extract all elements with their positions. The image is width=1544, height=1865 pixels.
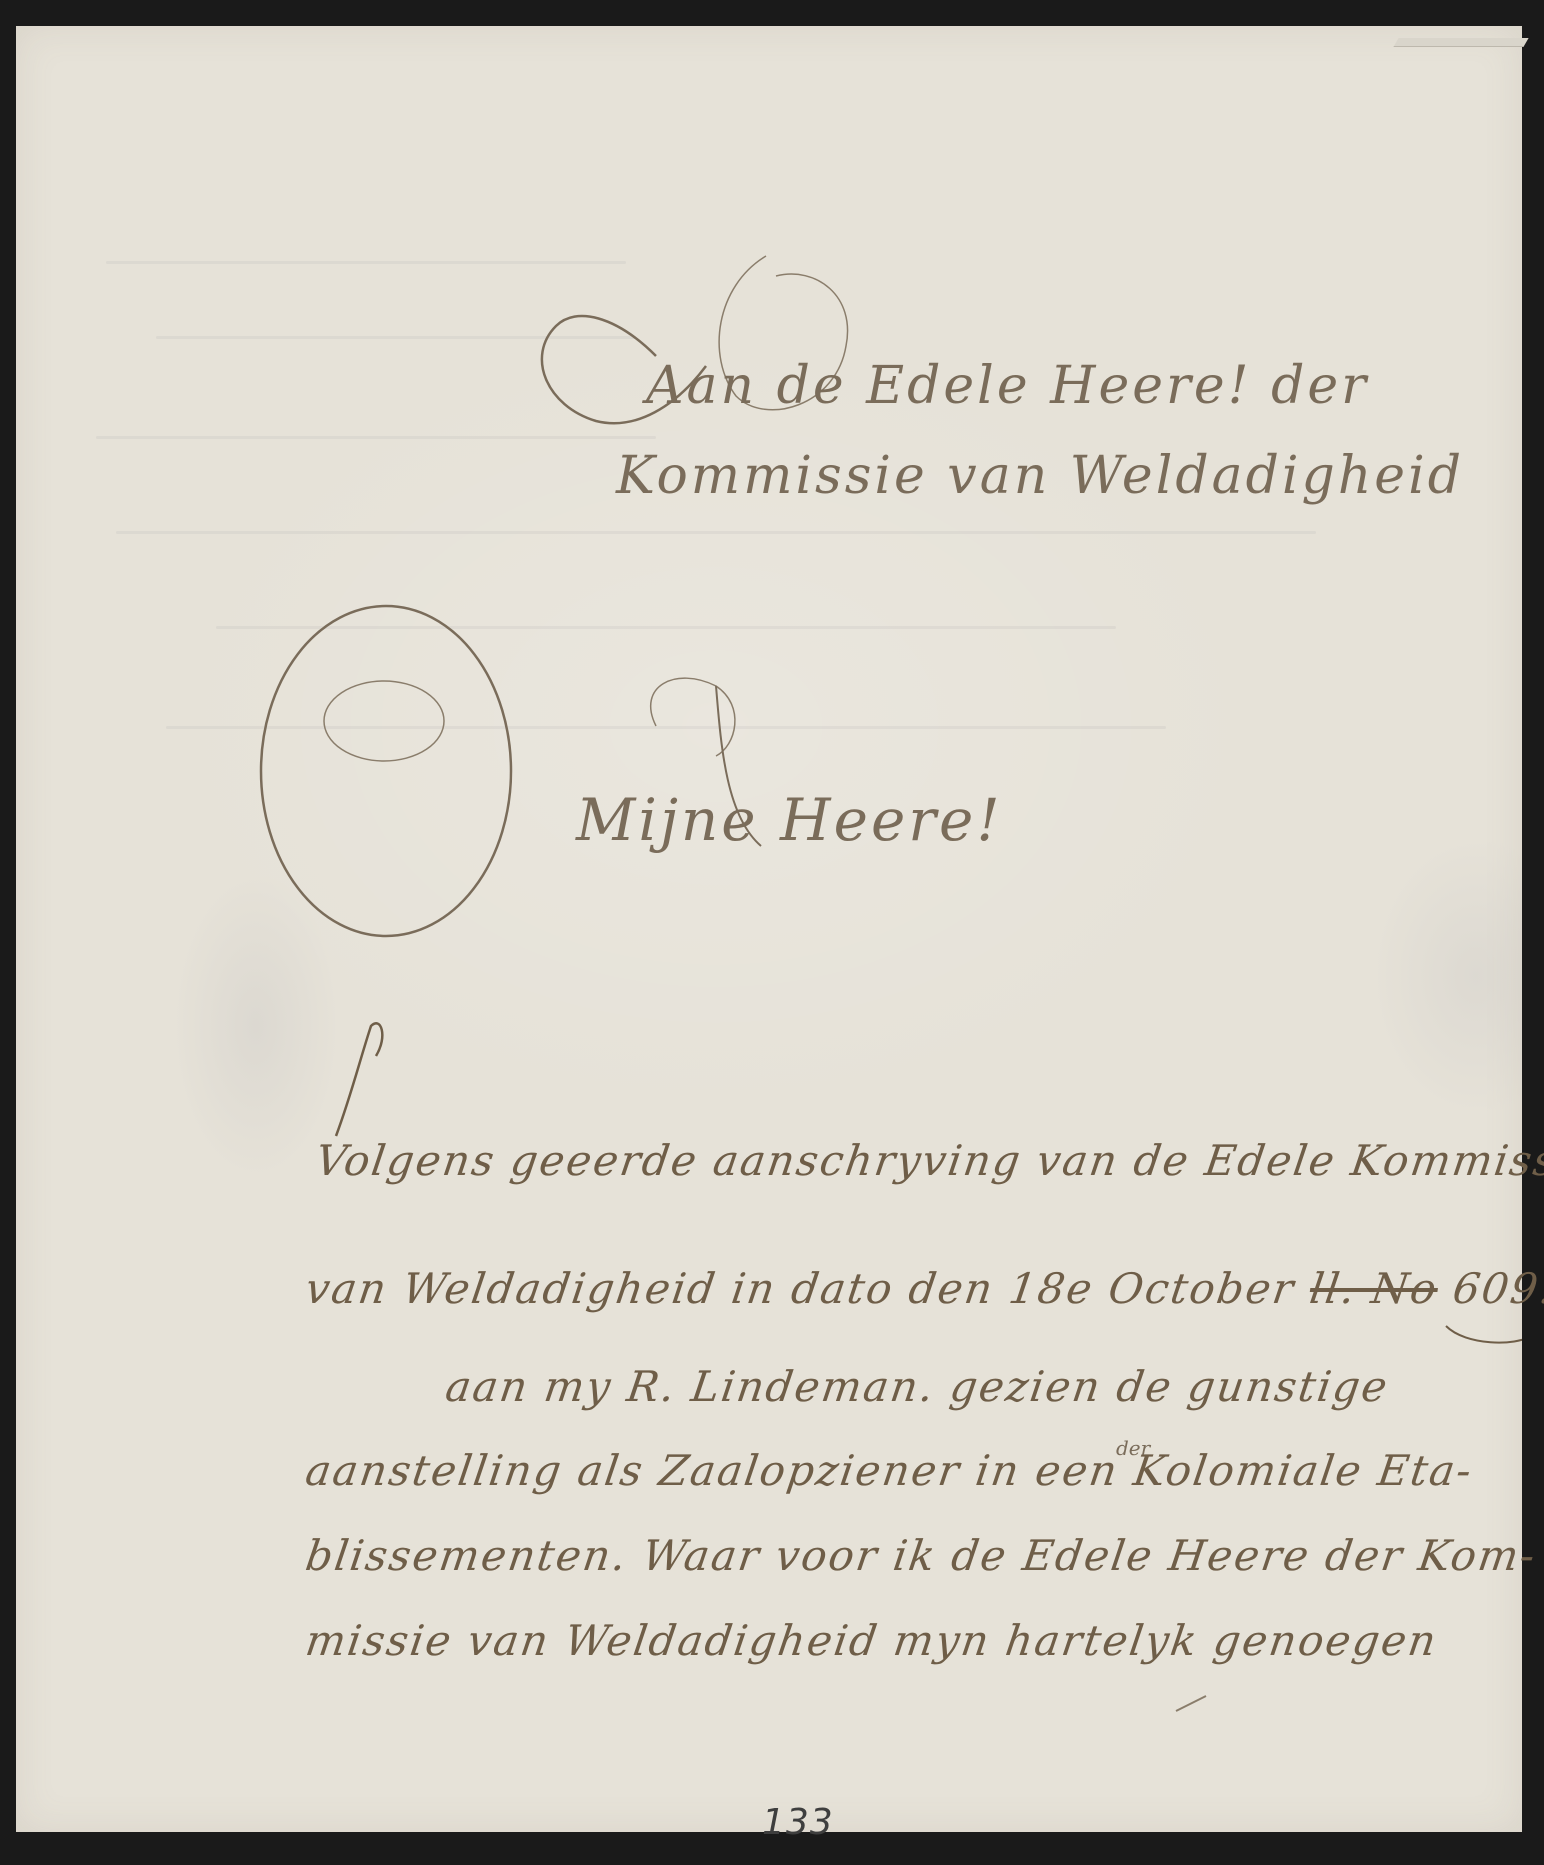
body-line-1: Volgens geeerde aanschryving van de Edel… bbox=[313, 1136, 1544, 1185]
bleed-through-mark bbox=[216, 626, 1116, 629]
reference-number: 609. bbox=[1450, 1264, 1544, 1313]
bleed-through-mark bbox=[166, 726, 1166, 729]
body-line-6: missie van Weldadigheid myn hartelyk gen… bbox=[303, 1616, 1441, 1665]
body-line-3: aan my R. Lindeman. gezien de gunstige bbox=[443, 1362, 1393, 1411]
document-scan: Aan de Edele Heere! der Kommissie van We… bbox=[0, 0, 1544, 1865]
paper-sheet: Aan de Edele Heere! der Kommissie van We… bbox=[16, 26, 1522, 1832]
interlinear-insertion: der bbox=[1116, 1436, 1150, 1460]
bleed-through-mark bbox=[96, 436, 656, 439]
body-line-5: blissementen. Waar voor ik de Edele Heer… bbox=[303, 1531, 1540, 1580]
bleed-through-mark bbox=[106, 261, 626, 264]
salutation: Mijne Heere! bbox=[576, 786, 1003, 854]
body-line-2: van Weldadigheid in dato den 18e October… bbox=[303, 1264, 1544, 1313]
struck-reference: ll. No bbox=[1307, 1264, 1441, 1313]
archive-page-number: 133 bbox=[762, 1802, 834, 1843]
paper-fold-edge bbox=[1393, 38, 1528, 47]
bleed-through-mark bbox=[156, 336, 636, 339]
body-line-4: aanstelling als Zaalopziener in een Kolo… bbox=[303, 1446, 1477, 1495]
bleed-through-mark bbox=[116, 531, 1316, 534]
address-line-1: Aan de Edele Heere! der bbox=[646, 356, 1369, 416]
body-line-2-text: van Weldadigheid in dato den 18e October bbox=[303, 1264, 1299, 1313]
address-line-2: Kommissie van Weldadigheid bbox=[616, 446, 1464, 506]
